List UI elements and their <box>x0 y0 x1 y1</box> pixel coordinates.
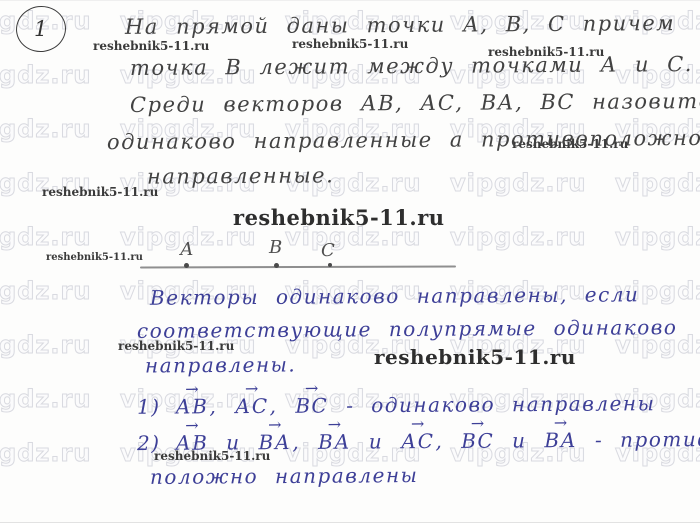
item-text: , <box>209 394 234 418</box>
vector-arrow-icon: → <box>328 417 342 433</box>
item-text: - противо- <box>578 427 700 452</box>
site-watermark: vipgdz.ru <box>615 223 700 251</box>
vector-token: →ВС <box>294 393 329 417</box>
vector-token: →ВС <box>460 429 495 453</box>
problem-line: точка В лежит между точками А и С. <box>130 52 693 80</box>
vector-arrow-icon: → <box>185 418 199 434</box>
item-text: и <box>495 428 543 452</box>
brand-watermark: reshebnik5-11.ru <box>93 39 209 53</box>
site-watermark: vipgdz.ru <box>0 385 91 413</box>
item-text: и <box>209 430 257 454</box>
problem-line: Среди векторов АВ, АС, ВА, ВС назовите <box>130 89 700 117</box>
point-label-b: В <box>269 237 282 258</box>
task-number: 1 <box>34 17 47 41</box>
scanned-solution-page: vipgdz.ruvipgdz.ruvipgdz.ruvipgdz.ruvipg… <box>0 0 700 523</box>
item-prefix: 2) <box>137 431 161 455</box>
point-dot-b <box>274 263 279 268</box>
vector-arrow-icon: → <box>305 381 319 397</box>
point-dot-a <box>184 263 189 268</box>
site-watermark: vipgdz.ru <box>450 169 586 197</box>
brand-watermark: reshebnik5-11.ru <box>292 37 408 51</box>
item-text: и <box>352 429 400 453</box>
site-watermark: vipgdz.ru <box>615 169 700 197</box>
solution-item-2: 2)→АВ и →ВА, →ВА и →АС, →ВС и →ВА - прот… <box>137 421 700 455</box>
item-text: , <box>292 430 317 454</box>
site-watermark: vipgdz.ru <box>0 223 91 251</box>
vector-arrow-icon: → <box>245 381 259 397</box>
vector-arrow-icon: → <box>411 416 425 432</box>
site-watermark: vipgdz.ru <box>0 439 91 467</box>
brand-watermark-large: reshebnik5-11.ru <box>233 205 445 230</box>
vector-token: →ВА <box>317 430 352 454</box>
vector-token: →АС <box>234 394 270 418</box>
solution-line: положно направлены <box>150 463 419 489</box>
vector-token: →АВ <box>174 431 209 455</box>
point-dot-c <box>328 263 332 267</box>
brand-watermark: reshebnik5-11.ru <box>42 185 158 199</box>
brand-watermark: reshebnik5-11.ru <box>46 252 143 263</box>
point-label-a: А <box>180 239 194 260</box>
solution-item-1: 1)→АВ, →АС, →ВС - одинаково направлены <box>137 385 656 419</box>
solution-line: Векторы одинаково направлены, если <box>150 282 640 309</box>
vector-token: →ВА <box>257 430 292 454</box>
vector-arrow-icon: → <box>268 417 282 433</box>
item-prefix: 1) <box>137 395 161 419</box>
vector-arrow-icon: → <box>471 416 485 432</box>
site-watermark: vipgdz.ru <box>0 277 91 305</box>
problem-line: направленные. <box>147 163 334 188</box>
vector-arrow-icon: → <box>554 415 568 431</box>
site-watermark: vipgdz.ru <box>0 331 91 359</box>
brand-watermark-large: reshebnik5-11.ru <box>374 345 576 369</box>
solution-line: направлены. <box>145 352 296 377</box>
site-watermark: vipgdz.ru <box>450 223 586 251</box>
vector-arrow-icon: → <box>185 381 199 397</box>
problem-line: На прямой даны точки А, В, С причем <box>125 11 675 39</box>
site-watermark: vipgdz.ru <box>0 61 91 89</box>
vector-token: →ВА <box>543 428 578 452</box>
site-watermark: vipgdz.ru <box>0 115 91 143</box>
problem-line: одинаково направленные а противоположно <box>107 126 700 154</box>
vector-token: →АС <box>400 429 436 453</box>
item-text: , <box>435 429 460 453</box>
solution-line: соответствующие полупрямые одинаково <box>137 315 678 343</box>
item-text: - одинаково направлены <box>329 391 655 417</box>
point-label-c: С <box>321 240 335 261</box>
